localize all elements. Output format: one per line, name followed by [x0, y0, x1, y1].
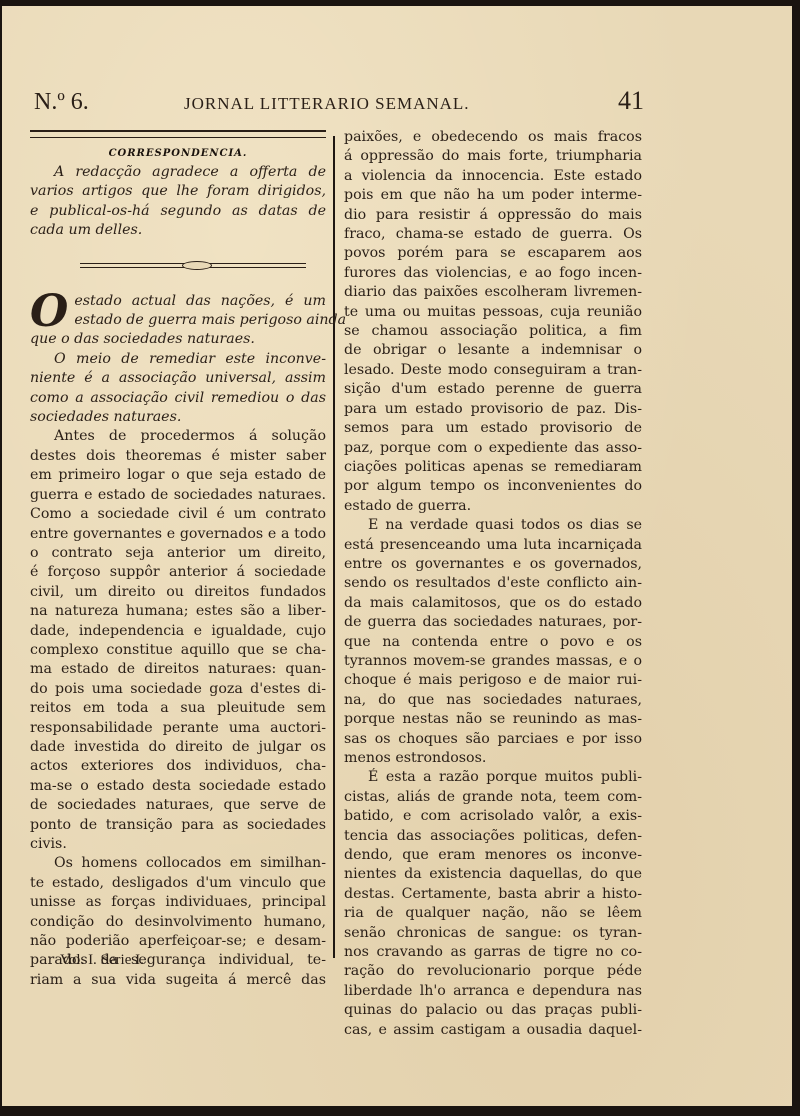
text-line: ma-se o estado desta sociedade estado [30, 777, 326, 796]
text-line: furores das violencias, e ao fogo incen- [344, 264, 642, 283]
paragraph: Antes de procedermos á solução destes do… [30, 427, 326, 854]
text-line: é forçoso suppôr anterior á sociedade [30, 563, 326, 582]
text-line: batido, e com acrisolado valôr, a exis- [344, 807, 642, 826]
text-line: diario das paixões escolheram livremen- [344, 283, 642, 302]
text-line: dendo, que eram menores os inconve- [344, 846, 642, 865]
text-line: que na contenda entre o povo e os [344, 633, 642, 652]
ornamental-divider [80, 263, 306, 268]
left-column: Correspondencia. A redacção agradece a o… [30, 130, 326, 990]
text-line: guerra e estado de sociedades naturaes. [30, 486, 326, 505]
text-line: sição d'um estado perenne de guerra [344, 380, 642, 399]
text-line: quinas do palacio ou das praças publi- [344, 1001, 642, 1020]
drop-cap: O [30, 294, 68, 330]
text-line: estado actual das nações, é um [30, 292, 326, 311]
journal-title: Jornal Litterario Semanal. [184, 94, 584, 114]
paragraph: E na verdade quasi todos os dias se está… [344, 516, 642, 768]
text-line: choque é mais perigoso e de maior rui- [344, 671, 642, 690]
journal-page: N.º 6. Jornal Litterario Semanal. 41 Cor… [2, 6, 792, 1106]
text-line: condição do desinvolvimento humano, [30, 913, 326, 932]
text-line: sendo os resultados d'este conflicto ain… [344, 574, 642, 593]
page-number: 41 [584, 86, 644, 116]
text-line: do pois uma sociedade goza d'estes di- [30, 680, 326, 699]
text-line: responsabilidade perante uma auctori- [30, 719, 326, 738]
text-line: destes dois theoremas é mister saber [30, 447, 326, 466]
text-line: unisse as forças individuaes, principal [30, 893, 326, 912]
article-thesis: O meio de remediar este inconve- niente … [30, 350, 326, 428]
text-line: actos exteriores dos individuos, cha- [30, 757, 326, 776]
text-line: ração do revolucionario porque péde [344, 962, 642, 981]
text-line: Os homens collocados em similhan- [30, 854, 326, 873]
text-line: nientes da existencia daquellas, do que [344, 865, 642, 884]
text-line: dade investida do direito de julgar os [30, 738, 326, 757]
text-line: civil, um direito ou direitos fundados [30, 583, 326, 602]
text-line: liberdade lh'o arranca e dependura nas [344, 982, 642, 1001]
text-line: dio para resistir á oppressão do mais [344, 206, 642, 225]
text-line: por algum tempo os inconvenientes do [344, 477, 642, 496]
text-line: E na verdade quasi todos os dias se [344, 516, 642, 535]
text-line: a violencia da innocencia. Este estado [344, 167, 642, 186]
text-line: Antes de procedermos á solução [30, 427, 326, 446]
text-line: cistas, aliás de grande nota, teem com- [344, 788, 642, 807]
text-line: cas, e assim castigam a ousadia daquel- [344, 1021, 642, 1040]
signature-mark: Vol. I. Serie I. [60, 952, 144, 969]
double-rule-divider [30, 130, 326, 138]
text-line: sociedades naturaes. [30, 408, 326, 427]
paragraph: Os homens collocados em similhan- te est… [30, 854, 326, 990]
text-line: lesado. Deste modo conseguiram a tran- [344, 361, 642, 380]
text-line: de sociedades naturaes, que serve de [30, 796, 326, 815]
text-line: semos para um estado provisorio de [344, 419, 642, 438]
section-heading: Correspondencia. [30, 148, 326, 159]
text-line: e publical-os-há segundo as datas de [30, 202, 326, 221]
text-line: paixões, e obedecendo os mais fracos [344, 128, 642, 147]
text-line: niente é a associação universal, assim [30, 369, 326, 388]
text-line: se chamou associação politica, a fim [344, 322, 642, 341]
paragraph: É esta a razão porque muitos publi- cist… [344, 768, 642, 1040]
text-line: porque nestas não se reunindo as mas- [344, 710, 642, 729]
text-line: varios artigos que lhe foram dirigidos, [30, 182, 326, 201]
text-line: A redacção agradece a offerta de [30, 163, 326, 182]
text-line: paz, porque com o expediente das asso- [344, 439, 642, 458]
text-line: complexo constitue aquillo que se cha- [30, 641, 326, 660]
text-line: ciações politicas apenas se remediaram [344, 458, 642, 477]
text-line: está presenceando uma luta incarniçada [344, 536, 642, 555]
text-line: para um estado provisorio de paz. Dis- [344, 400, 642, 419]
text-line: em primeiro logar o que seja estado de [30, 466, 326, 485]
text-line: te uma ou muitas pessoas, cuja reunião [344, 303, 642, 322]
text-line: civis. [30, 835, 326, 854]
text-line: estado de guerra. [344, 497, 642, 516]
text-line: de guerra das sociedades naturaes, por- [344, 613, 642, 632]
text-line: senão chronicas de sangue: os tyran- [344, 924, 642, 943]
text-line: destas. Certamente, basta abrir a histo- [344, 885, 642, 904]
correspondence-note: A redacção agradece a offerta de varios … [30, 163, 326, 241]
page-header: N.º 6. Jornal Litterario Semanal. 41 [34, 86, 644, 116]
text-line: entre os governantes e os governados, [344, 555, 642, 574]
text-line: de obrigar o lesante a indemnisar o [344, 341, 642, 360]
text-line: riam a sua vida sugeita á mercê das [30, 971, 326, 990]
text-line: fraco, chama-se estado de guerra. Os [344, 225, 642, 244]
text-line: reitos em toda a sua pleuitude sem [30, 699, 326, 718]
text-line: ma estado de direitos naturaes: quan- [30, 660, 326, 679]
text-line: dade, independencia e igualdade, cujo [30, 622, 326, 641]
text-line: da mais calamitosos, que os do estado [344, 594, 642, 613]
article-intro: O estado actual das nações, é um estado … [30, 292, 326, 350]
text-line: na natureza humana; estes são a liber- [30, 602, 326, 621]
column-divider [333, 136, 335, 958]
text-line: O meio de remediar este inconve- [30, 350, 326, 369]
text-line: á oppressão do mais forte, triumpharia [344, 147, 642, 166]
text-line: menos estrondosos. [344, 749, 642, 768]
text-line: o contrato seja anterior um direito, [30, 544, 326, 563]
text-line: ria de qualquer nação, não se lêem [344, 904, 642, 923]
text-line: ponto de transição para as sociedades [30, 816, 326, 835]
text-line: te estado, desligados d'um vinculo que [30, 874, 326, 893]
text-line: cada um delles. [30, 221, 326, 240]
text-line: tencia das associações politicas, defen- [344, 827, 642, 846]
text-line: tyrannos movem-se grandes massas, e o [344, 652, 642, 671]
text-line: povos porém para se escaparem aos [344, 244, 642, 263]
text-line: sas os choques são parciaes e por isso [344, 730, 642, 749]
text-line: entre governantes e governados e a todo [30, 525, 326, 544]
text-line: na, do que nas sociedades naturaes, [344, 691, 642, 710]
text-line: não poderião aperfeiçoar-se; e desam- [30, 932, 326, 951]
text-line: É esta a razão porque muitos publi- [344, 768, 642, 787]
text-line: que o das sociedades naturaes. [30, 330, 326, 349]
right-column: paixões, e obedecendo os mais fracos á o… [344, 128, 642, 1040]
text-line: como a associação civil remediou o das [30, 389, 326, 408]
issue-number: N.º 6. [34, 89, 184, 116]
paragraph: paixões, e obedecendo os mais fracos á o… [344, 128, 642, 516]
text-line: estado de guerra mais perigoso ainda [30, 311, 326, 330]
text-line: nos cravando as garras de tigre no co- [344, 943, 642, 962]
text-line: Como a sociedade civil é um contrato [30, 505, 326, 524]
text-line: pois em que não ha um poder interme- [344, 186, 642, 205]
